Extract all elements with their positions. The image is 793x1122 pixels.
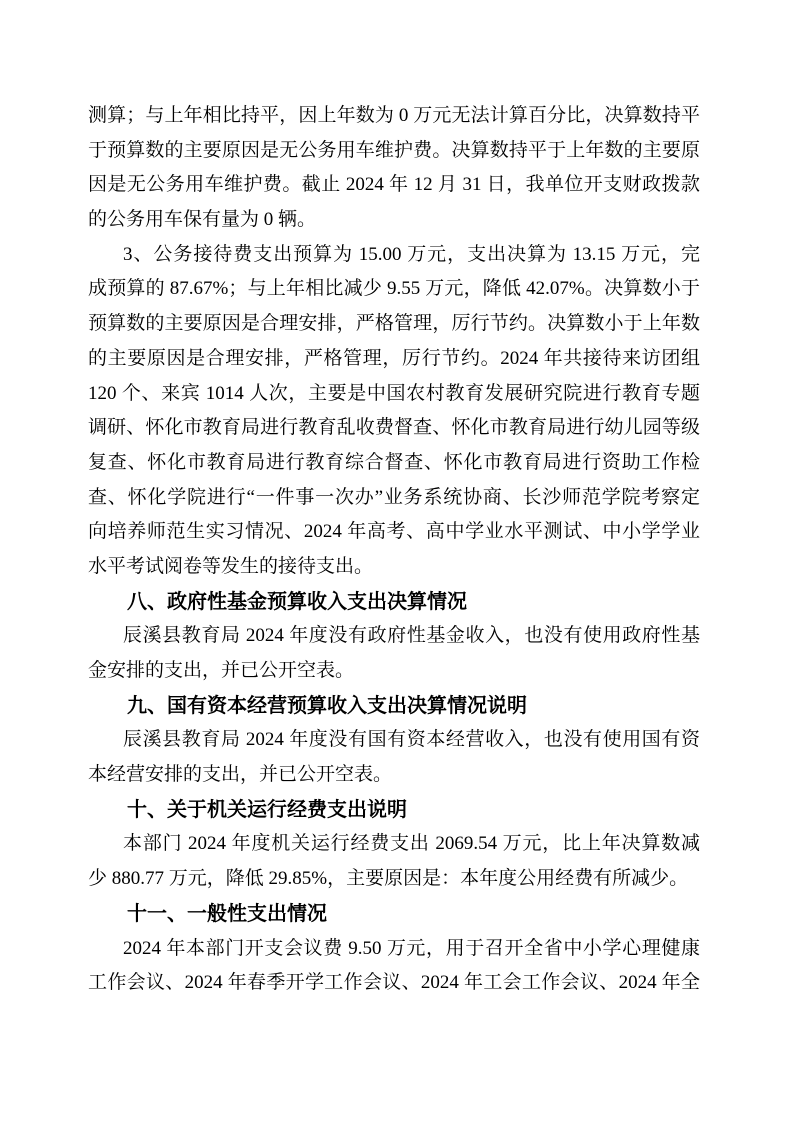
body-line: 少 880.77 万元，降低 29.85%，主要原因是：本年度公用经费有所减少。: [88, 862, 700, 897]
body-line: 金安排的支出，并已公开空表。: [88, 654, 700, 689]
body-line: 因是无公务用车维护费。截止 2024 年 12 月 31 日，我单位开支财政拨款: [88, 168, 700, 203]
section-heading-general-expense: 十一、一般性支出情况: [88, 897, 700, 932]
body-line: 水平考试阅卷等发生的接待支出。: [88, 550, 700, 585]
paragraph-start-reception-fees: 3、公务接待费支出预算为 15.00 万元，支出决算为 13.15 万元，完: [88, 238, 700, 273]
body-line: 120 个、来宾 1014 人次，主要是中国农村教育发展研究院进行教育专题: [88, 377, 700, 412]
body-line: 调研、怀化市教育局进行教育乱收费督查、怀化市教育局进行幼儿园等级: [88, 411, 700, 446]
body-line: 查、怀化学院进行“一件事一次办”业务系统协商、长沙师范学院考察定: [88, 481, 700, 516]
body-line: 复查、怀化市教育局进行教育综合督查、怀化市教育局进行资助工作检: [88, 446, 700, 481]
paragraph-start-government-fund: 辰溪县教育局 2024 年度没有政府性基金收入，也没有使用政府性基: [88, 619, 700, 654]
body-line: 的主要原因是合理安排，严格管理，厉行节约。2024 年共接待来访团组: [88, 342, 700, 377]
paragraph-start-general-expense: 2024 年本部门开支会议费 9.50 万元，用于召开全省中小学心理健康: [88, 932, 700, 967]
body-line: 向培养师范生实习情况、2024 年高考、高中学业水平测试、中小学学业: [88, 515, 700, 550]
document-page: 测算；与上年相比持平，因上年数为 0 万元无法计算百分比，决算数持平 于预算数的…: [0, 0, 793, 1122]
body-line: 于预算数的主要原因是无公务用车维护费。决算数持平于上年数的主要原: [88, 134, 700, 169]
paragraph-start-state-capital: 辰溪县教育局 2024 年度没有国有资本经营收入，也没有使用国有资: [88, 723, 700, 758]
body-line: 本经营安排的支出，并已公开空表。: [88, 758, 700, 793]
paragraph-start-operating-funds: 本部门 2024 年度机关运行经费支出 2069.54 万元，比上年决算数减: [88, 827, 700, 862]
section-heading-operating-funds: 十、关于机关运行经费支出说明: [88, 793, 700, 828]
body-line: 测算；与上年相比持平，因上年数为 0 万元无法计算百分比，决算数持平: [88, 99, 700, 134]
document-body: 测算；与上年相比持平，因上年数为 0 万元无法计算百分比，决算数持平 于预算数的…: [88, 99, 700, 1001]
body-line: 成预算的 87.67%；与上年相比减少 9.55 万元，降低 42.07%。决算…: [88, 272, 700, 307]
section-heading-state-capital: 九、国有资本经营预算收入支出决算情况说明: [88, 689, 700, 724]
section-heading-government-fund: 八、政府性基金预算收入支出决算情况: [88, 585, 700, 620]
body-line: 工作会议、2024 年春季开学工作会议、2024 年工会工作会议、2024 年全: [88, 966, 700, 1001]
body-line: 预算数的主要原因是合理安排，严格管理，厉行节约。决算数小于上年数: [88, 307, 700, 342]
body-line: 的公务用车保有量为 0 辆。: [88, 203, 700, 238]
